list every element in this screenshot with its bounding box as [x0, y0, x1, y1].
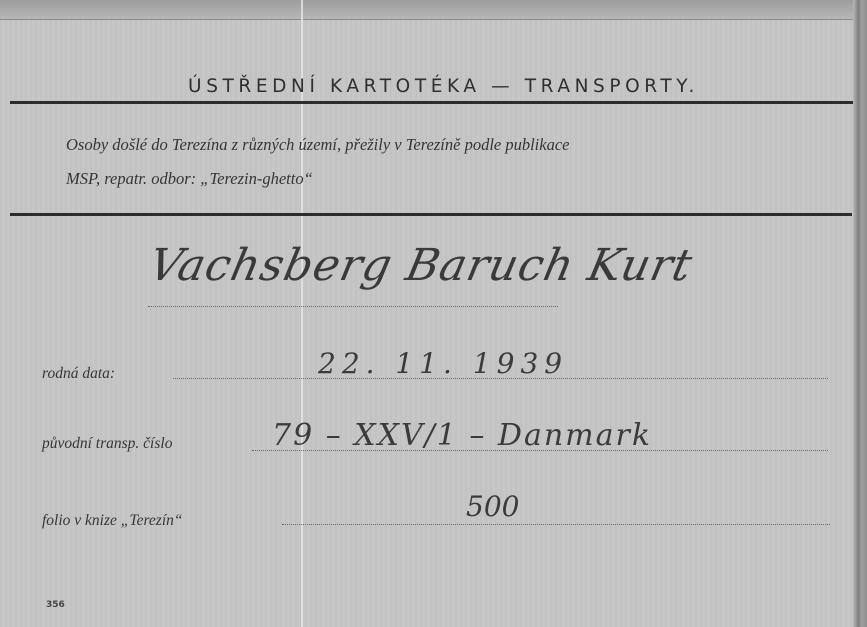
card-number: 356 [46, 600, 65, 610]
birth-date-label: rodná data: [42, 365, 115, 383]
birth-date-value: 22. 11. 1939 [318, 347, 568, 380]
name-dotted-line [148, 306, 558, 307]
folio-dotted-line [282, 524, 830, 525]
transport-number-value: 79 – XXV/1 – Danmark [272, 418, 652, 453]
title-rule [10, 101, 853, 104]
name-value: Vachsberg Baruch Kurt [145, 240, 698, 291]
card-subtitle: Osoby došlé do Terezína z různých území,… [66, 128, 826, 196]
card-title: ÚSTŘEDNÍ KARTOTÉKA — TRANSPORTY. [0, 76, 867, 97]
card-top-edge-line [0, 19, 855, 20]
subtitle-line-2: MSP, repatr. odbor: „Terezin-ghetto“ [66, 162, 826, 196]
folio-label: folio v knize „Terezín“ [42, 512, 183, 530]
card-top-edge [0, 0, 867, 20]
folio-value: 500 [466, 490, 519, 523]
index-card: ÚSTŘEDNÍ KARTOTÉKA — TRANSPORTY. Osoby d… [0, 0, 867, 627]
transport-number-label: původní transp. číslo [42, 435, 172, 453]
subtitle-line-1: Osoby došlé do Terezína z různých území,… [66, 128, 826, 162]
subtitle-rule [10, 213, 852, 216]
